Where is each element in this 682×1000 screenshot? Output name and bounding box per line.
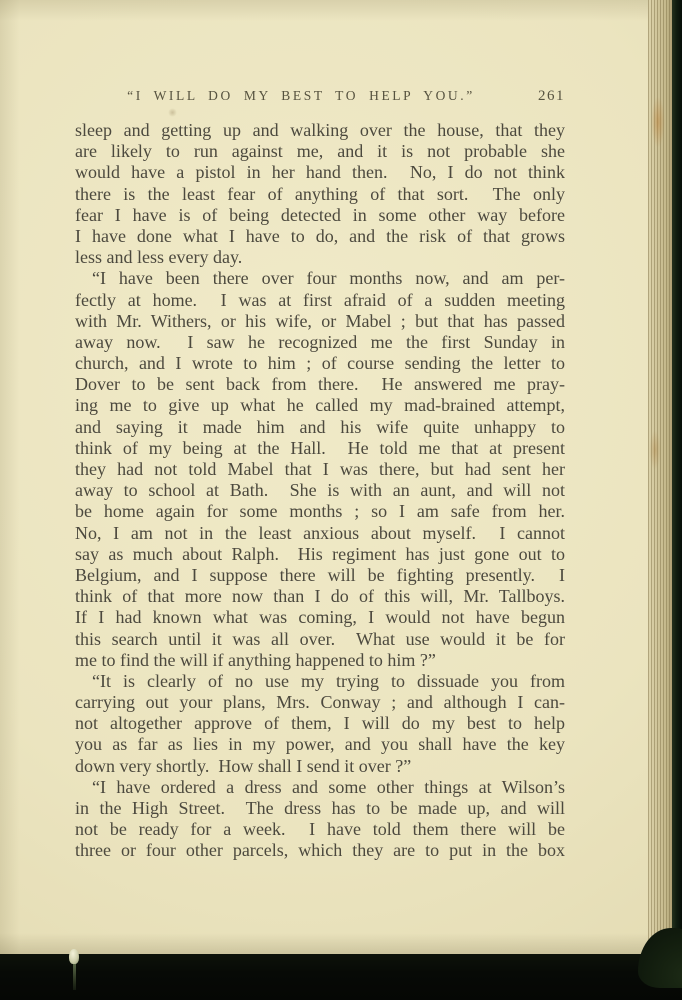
table-surface — [0, 954, 682, 1000]
text-line: this search until it was all over. What … — [75, 629, 565, 650]
text-line: Belgium, and I suppose there will be fig… — [75, 565, 565, 586]
foxing-spot — [649, 430, 661, 470]
page-number: 261 — [538, 88, 565, 105]
text-line: fectly at home. I was at first afraid of… — [75, 290, 565, 311]
text-line: three or four other parcels, which they … — [75, 840, 565, 861]
foxing-spot — [651, 96, 665, 148]
text-line: I have done what I have to do, and the r… — [75, 226, 565, 247]
paragraph: sleep and getting up and walking over th… — [75, 120, 565, 268]
text-line: not altogether approve of them, I will d… — [75, 713, 565, 734]
text-line: less and less every day. — [75, 247, 565, 268]
text-line: say as much about Ralph. His regiment ha… — [75, 544, 565, 565]
ink-smudge — [168, 108, 177, 117]
glint-highlight — [69, 949, 79, 964]
book-cover-edge — [672, 0, 682, 1000]
paragraph: “It is clearly of no use my trying to di… — [75, 671, 565, 777]
book-photo: “I WILL DO MY BEST TO HELP YOU.” 261 sle… — [0, 0, 682, 1000]
text-line: away to school at Bath. She is with an a… — [75, 480, 565, 501]
text-line: “It is clearly of no use my trying to di… — [75, 671, 565, 692]
text-line: with Mr. Withers, or his wife, or Mabel … — [75, 311, 565, 332]
text-line: there is the least fear of anything of t… — [75, 184, 565, 205]
text-line: sleep and getting up and walking over th… — [75, 120, 565, 141]
text-line: “I have ordered a dress and some other t… — [75, 777, 565, 798]
text-line: would have a pistol in her hand then. No… — [75, 162, 565, 183]
text-line: be home again for some months ; so I am … — [75, 501, 565, 522]
text-line: and saying it made him and his wife quit… — [75, 417, 565, 438]
text-line: me to find the will if anything happened… — [75, 650, 565, 671]
text-line: down very shortly. How shall I send it o… — [75, 756, 565, 777]
book-page: “I WILL DO MY BEST TO HELP YOU.” 261 sle… — [0, 0, 648, 957]
text-line: fear I have is of being detected in some… — [75, 205, 565, 226]
text-block: sleep and getting up and walking over th… — [75, 120, 565, 862]
text-line: you as far as lies in my power, and you … — [75, 734, 565, 755]
text-line: they had not told Mabel that I was there… — [75, 459, 565, 480]
text-line: Dover to be sent back from there. He ans… — [75, 374, 565, 395]
text-line: If I had known what was coming, I would … — [75, 607, 565, 628]
text-line: “I have been there over four months now,… — [75, 268, 565, 289]
text-line: ing me to give up what he called my mad-… — [75, 395, 565, 416]
glint-stem — [73, 962, 76, 990]
text-line: are likely to run against me, and it is … — [75, 141, 565, 162]
fore-edge-page-stack — [645, 0, 674, 958]
text-line: think of my being at the Hall. He told m… — [75, 438, 565, 459]
text-line: No, I am not in the least anxious about … — [75, 523, 565, 544]
text-line: in the High Street. The dress has to be … — [75, 798, 565, 819]
text-line: carrying out your plans, Mrs. Conway ; a… — [75, 692, 565, 713]
paragraph: “I have ordered a dress and some other t… — [75, 777, 565, 862]
text-line: away now. I saw he recognized me the fir… — [75, 332, 565, 353]
paragraph: “I have been there over four months now,… — [75, 268, 565, 671]
text-line: not be ready for a week. I have told the… — [75, 819, 565, 840]
text-line: think of that more now than I do of this… — [75, 586, 565, 607]
running-header: “I WILL DO MY BEST TO HELP YOU.” 261 — [75, 88, 565, 108]
text-line: church, and I wrote to him ; of course s… — [75, 353, 565, 374]
running-header-title: “I WILL DO MY BEST TO HELP YOU.” — [75, 88, 527, 104]
